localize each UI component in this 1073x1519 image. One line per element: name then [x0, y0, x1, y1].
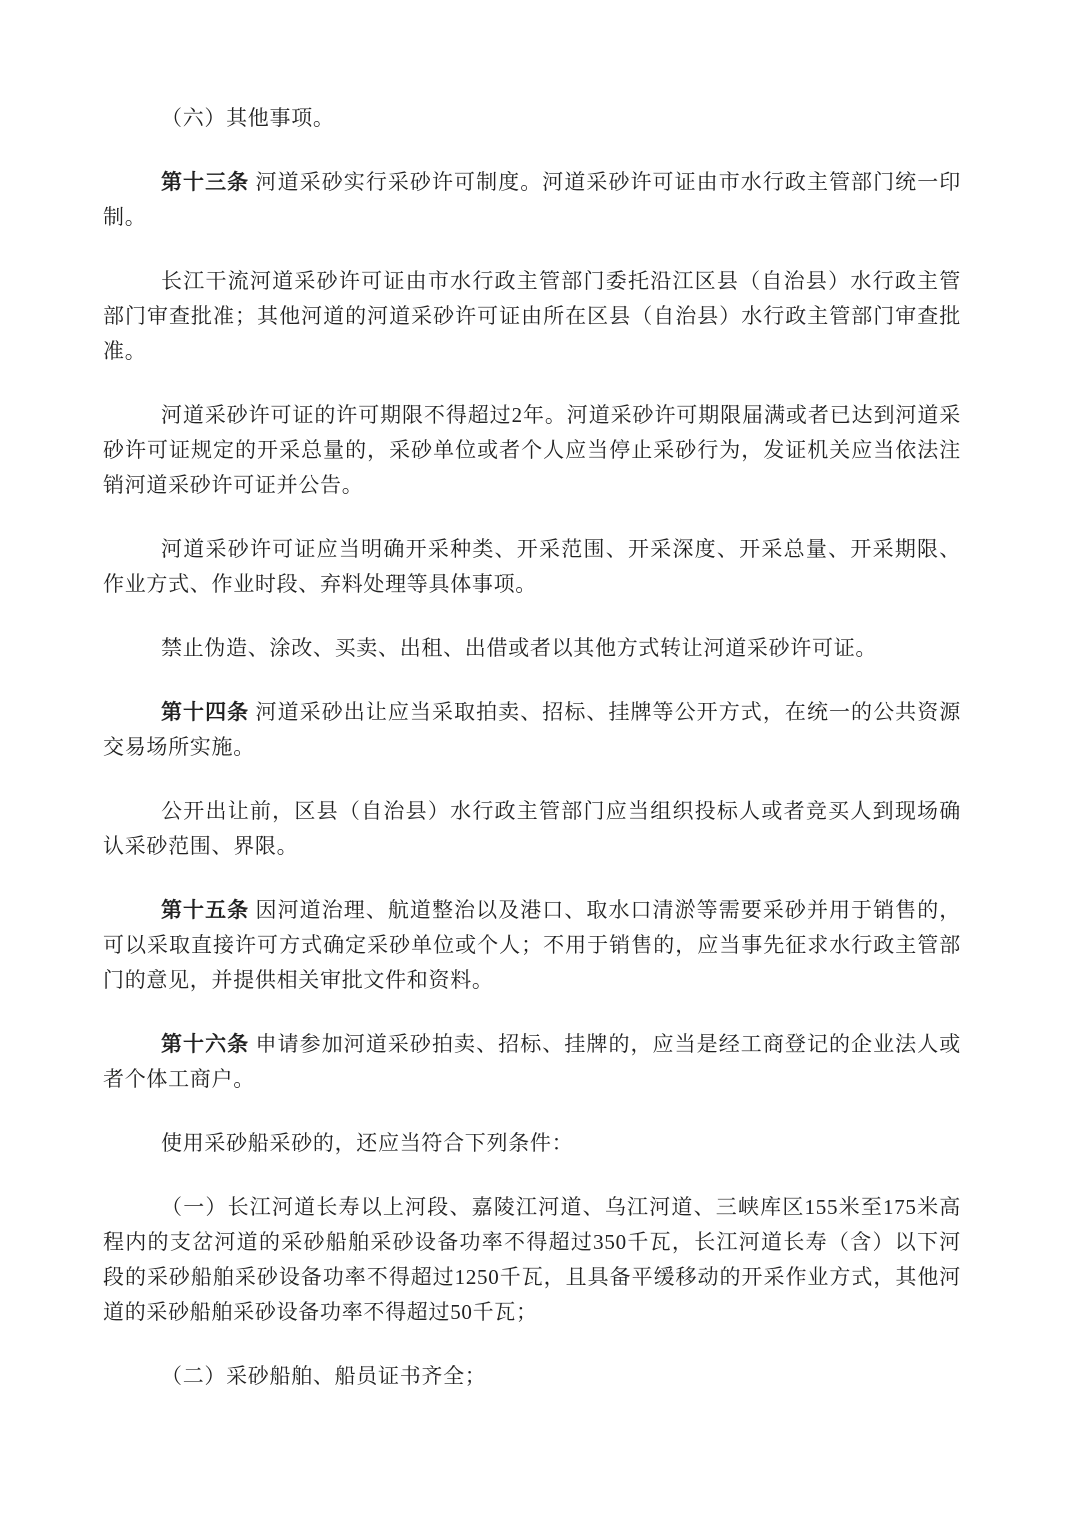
- article-number-bold: 第十五条: [161, 898, 249, 922]
- article-13-para-2: 长江干流河道采砂许可证由市水行政主管部门委托沿江区县（自治县）水行政主管部门审查…: [103, 264, 961, 369]
- paragraph-text: 河道采砂许可证应当明确开采种类、开采范围、开采深度、开采总量、开采期限、作业方式…: [103, 537, 961, 596]
- article-13-para-3: 河道采砂许可证的许可期限不得超过2年。河道采砂许可期限届满或者已达到河道采砂许可…: [103, 398, 961, 503]
- article-15-para-1: 第十五条 因河道治理、航道整治以及港口、取水口清淤等需要采砂并用于销售的，可以采…: [103, 893, 961, 998]
- paragraph-text: 公开出让前，区县（自治县）水行政主管部门应当组织投标人或者竞买人到现场确认采砂范…: [103, 799, 961, 858]
- paragraph-text: （六）其他事项。: [161, 106, 335, 130]
- article-13-para-1: 第十三条 河道采砂实行采砂许可制度。河道采砂许可证由市水行政主管部门统一印制。: [103, 165, 961, 235]
- article-14-para-1: 第十四条 河道采砂出让应当采取拍卖、招标、挂牌等公开方式，在统一的公共资源交易场…: [103, 695, 961, 765]
- paragraph-text: （一）长江河道长寿以上河段、嘉陵江河道、乌江河道、三峡库区155米至175米高程…: [103, 1195, 961, 1324]
- article-13-para-4: 河道采砂许可证应当明确开采种类、开采范围、开采深度、开采总量、开采期限、作业方式…: [103, 532, 961, 602]
- paragraph-text: 使用采砂船采砂的，还应当符合下列条件：: [161, 1131, 573, 1155]
- article-13-para-5: 禁止伪造、涂改、买卖、出租、出借或者以其他方式转让河道采砂许可证。: [103, 631, 961, 666]
- article-14-para-2: 公开出让前，区县（自治县）水行政主管部门应当组织投标人或者竞买人到现场确认采砂范…: [103, 794, 961, 864]
- item-6-other-matters: （六）其他事项。: [103, 101, 961, 136]
- paragraph-text: 河道采砂许可证的许可期限不得超过2年。河道采砂许可期限届满或者已达到河道采砂许可…: [103, 403, 961, 497]
- document-text-block: （六）其他事项。 第十三条 河道采砂实行采砂许可制度。河道采砂许可证由市水行政主…: [103, 101, 961, 1394]
- article-16-para-2: 使用采砂船采砂的，还应当符合下列条件：: [103, 1126, 961, 1161]
- article-16-item-1: （一）长江河道长寿以上河段、嘉陵江河道、乌江河道、三峡库区155米至175米高程…: [103, 1190, 961, 1330]
- article-number-bold: 第十四条: [161, 700, 249, 724]
- paragraph-text: （二）采砂船舶、船员证书齐全；: [161, 1364, 487, 1388]
- document-page: （六）其他事项。 第十三条 河道采砂实行采砂许可制度。河道采砂许可证由市水行政主…: [0, 0, 1073, 1519]
- article-16-item-2: （二）采砂船舶、船员证书齐全；: [103, 1359, 961, 1394]
- article-16-para-1: 第十六条 申请参加河道采砂拍卖、招标、挂牌的，应当是经工商登记的企业法人或者个体…: [103, 1027, 961, 1097]
- paragraph-text: 长江干流河道采砂许可证由市水行政主管部门委托沿江区县（自治县）水行政主管部门审查…: [103, 269, 961, 363]
- article-number-bold: 第十三条: [161, 170, 249, 194]
- article-number-bold: 第十六条: [161, 1032, 249, 1056]
- paragraph-text: 禁止伪造、涂改、买卖、出租、出借或者以其他方式转让河道采砂许可证。: [161, 636, 877, 660]
